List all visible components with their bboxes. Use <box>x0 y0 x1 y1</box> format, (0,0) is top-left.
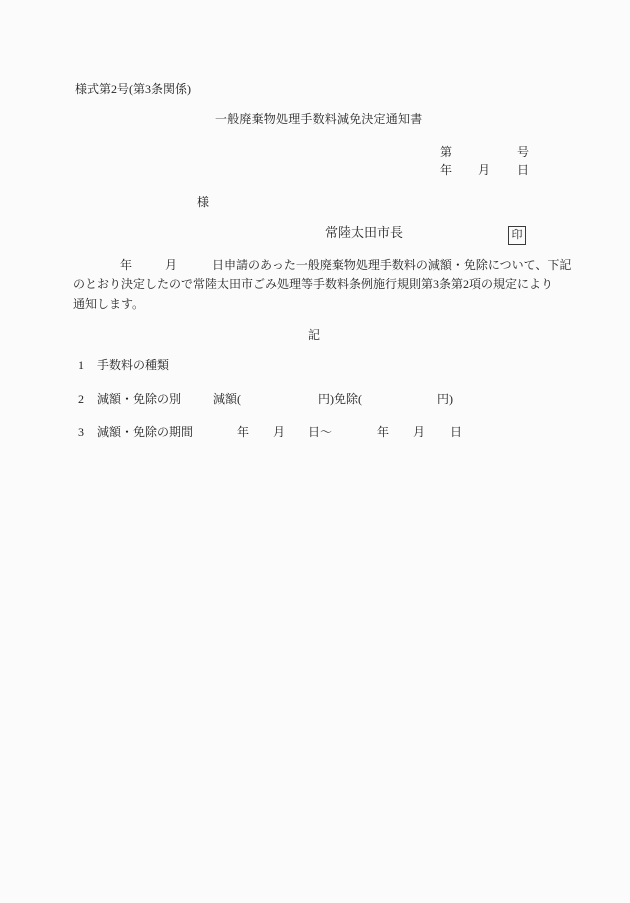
body-line1-year: 年 <box>120 258 132 272</box>
form-number-label: 様式第2号(第3条関係) <box>75 82 191 96</box>
doc-number-suffix: 号 <box>517 145 529 159</box>
body-line1-rest: 日申請のあった一般廃棄物処理手数料の減額・免除について、下記 <box>212 258 571 272</box>
sender-title: 常陸太田市長 <box>325 226 403 240</box>
item3-end-year: 年 <box>377 425 389 439</box>
body-line2: のとおり決定したので常陸太田市ごみ処理等手数料条例施行規則第3条第2項の規定によ… <box>73 277 553 291</box>
item3-end-month: 月 <box>413 425 425 439</box>
item3-label: 減額・免除の期間 <box>97 425 193 439</box>
document-title: 一般廃棄物処理手数料減免決定通知書 <box>215 112 422 126</box>
doc-number-prefix: 第 <box>440 145 452 159</box>
item3-start-year: 年 <box>237 425 249 439</box>
item3-number: 3 <box>78 425 84 439</box>
item3-end-day: 日 <box>450 425 462 439</box>
body-line3: 通知します。 <box>73 297 144 311</box>
date-day-label: 日 <box>517 163 529 177</box>
item1-label: 手数料の種類 <box>97 358 169 372</box>
body-line1-month: 月 <box>165 258 177 272</box>
item3-start-month: 月 <box>273 425 285 439</box>
item2-number: 2 <box>78 392 84 406</box>
item3-start-day-tilde: 日～ <box>308 425 332 439</box>
item2-label: 減額・免除の別 <box>97 392 181 406</box>
item2-yen-close-exemption-open: 円)免除( <box>318 392 362 406</box>
date-year-label: 年 <box>440 163 452 177</box>
seal-mark: 印 <box>508 226 526 245</box>
item1-number: 1 <box>78 358 84 372</box>
item2-yen-close: 円) <box>437 392 453 406</box>
date-month-label: 月 <box>478 163 490 177</box>
document-page: 様式第2号(第3条関係) 一般廃棄物処理手数料減免決定通知書 第 号 年 月 日… <box>0 0 630 903</box>
section-marker: 記 <box>308 328 320 342</box>
item2-reduction-open: 減額( <box>213 392 241 406</box>
addressee-honorific: 様 <box>197 195 209 209</box>
